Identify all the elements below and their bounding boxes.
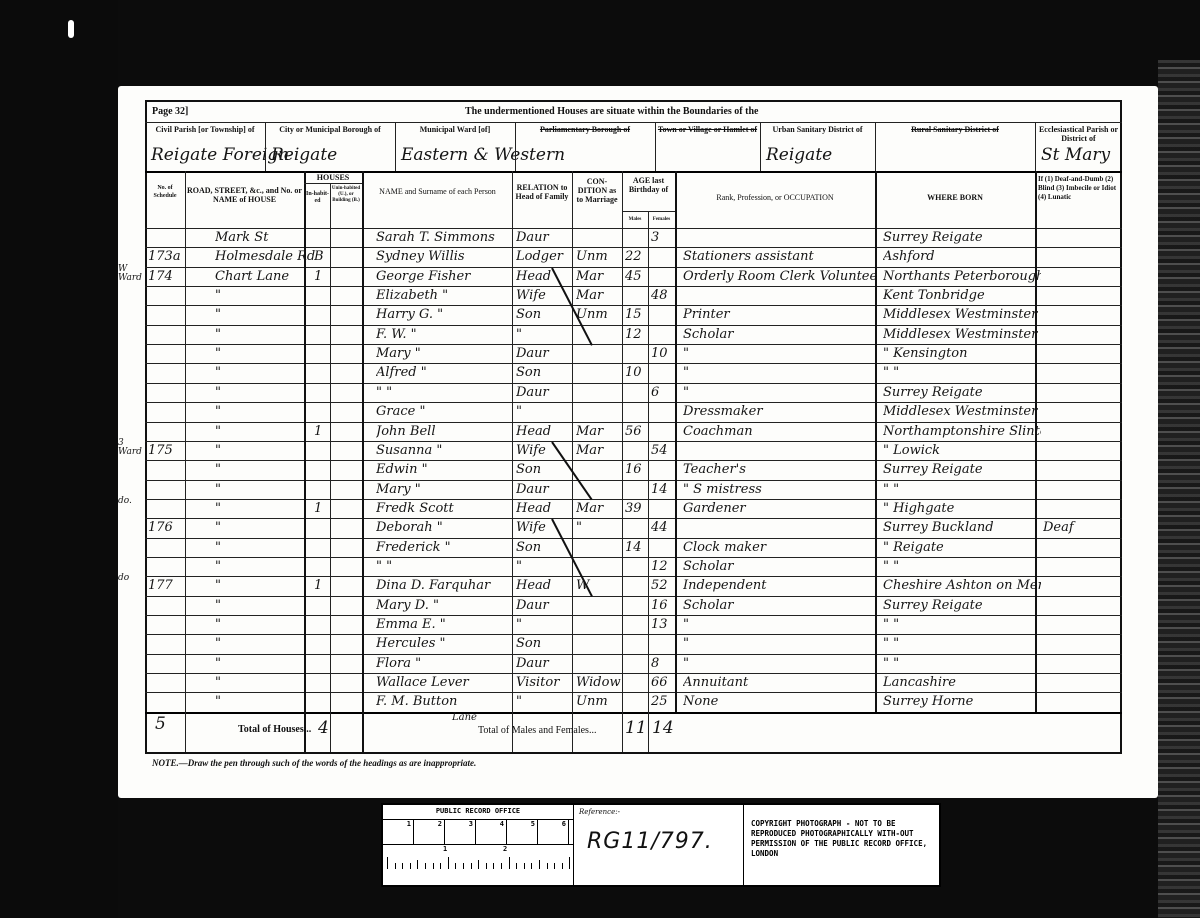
reference-number: RG11/797. (587, 829, 713, 854)
margin-note: do. (118, 497, 144, 506)
ruler-tick (531, 863, 532, 869)
houses-inhabited: 1 (314, 269, 334, 284)
road-address: " (215, 520, 330, 535)
road-address: " (215, 288, 330, 303)
column-header-inhabited: In-habit-ed (305, 191, 330, 205)
relation-to-head: " (516, 559, 574, 574)
reference-panel: Reference:- RG11/797. (573, 805, 744, 887)
birthplace: Middlesex Westminster (883, 307, 1041, 322)
houses-inhabited: B (314, 249, 334, 264)
person-name: Deborah " (376, 520, 524, 535)
road-address: " (215, 540, 330, 555)
ruler-inch-mark: 1 (443, 845, 447, 853)
occupation: " S mistress (683, 482, 878, 497)
schedule-number: 173a (148, 249, 186, 264)
occupation: Independent (683, 578, 878, 593)
road-address: " (215, 424, 330, 439)
birthplace: " " (883, 636, 1041, 651)
birthplace: " " (883, 482, 1041, 497)
birthplace: " Kensington (883, 346, 1041, 361)
row-divider (145, 615, 1122, 616)
ruler-tick (509, 857, 510, 869)
total-houses: 4 (318, 718, 329, 738)
relation-to-head: " (516, 617, 574, 632)
person-name: Harry G. " (376, 307, 524, 322)
person-name: Wallace Lever (376, 675, 524, 690)
schedule-number: 177 (148, 578, 186, 593)
road-address: " (215, 404, 330, 419)
occupation: Coachman (683, 424, 878, 439)
scan-artifact (68, 20, 74, 38)
road-address: " (215, 385, 330, 400)
column-header-males: Males (622, 216, 648, 223)
age-female: 13 (651, 617, 675, 632)
person-name: Flora " (376, 656, 524, 671)
page-banner: The undermentioned Houses are situate wi… (465, 106, 758, 117)
row-divider (145, 383, 1122, 384)
ruler-tick (562, 863, 563, 869)
marital-condition: Mar (576, 288, 624, 303)
person-name: Mary " (376, 346, 524, 361)
relation-to-head: Wife (516, 443, 574, 458)
ruler-tick (478, 860, 479, 869)
schedule-number: 176 (148, 520, 186, 535)
relation-to-head: Daur (516, 346, 574, 361)
divider (145, 171, 1122, 173)
relation-to-head: Daur (516, 482, 574, 497)
page-note: NOTE.—Draw the pen through such of the w… (152, 758, 476, 768)
ruler-cm-mark: 5 (507, 820, 538, 844)
ruler-tick (554, 863, 555, 869)
birthplace: Surrey Buckland (883, 520, 1041, 535)
occupation: Printer (683, 307, 878, 322)
margin-note: 3 Ward (118, 439, 144, 457)
person-name: Elizabeth " (376, 288, 524, 303)
ruler-cm-mark: 3 (445, 820, 476, 844)
age-female: 48 (651, 288, 675, 303)
marital-condition: Mar (576, 424, 624, 439)
ruler-tick (493, 863, 494, 869)
road-address: " (215, 501, 330, 516)
road-address: Mark St (215, 230, 330, 245)
ruler-tick (417, 860, 418, 869)
ruler-tick (569, 857, 570, 869)
road-address: " (215, 462, 330, 477)
ruler-tick (486, 863, 487, 869)
column-header-occupation: Rank, Profession, or OCCUPATION (675, 193, 875, 202)
row-divider (145, 499, 1122, 500)
person-name: Dina D. Farquhar (376, 578, 524, 593)
row-divider (145, 422, 1122, 423)
relation-to-head: Daur (516, 230, 574, 245)
column-header-age: AGE last Birthday of (623, 176, 674, 194)
relation-to-head: Son (516, 365, 574, 380)
ruler-tick (539, 860, 540, 869)
ruler-panel: PUBLIC RECORD OFFICE 123456 12 (383, 805, 574, 887)
age-female: 12 (651, 559, 675, 574)
road-address: " (215, 559, 330, 574)
occupation: Annuitant (683, 675, 878, 690)
person-name: Frederick " (376, 540, 524, 555)
ruler-tick (471, 863, 472, 869)
occupation: " (683, 385, 878, 400)
birthplace: " " (883, 559, 1041, 574)
birthplace: Cheshire Ashton on Mersey (883, 578, 1041, 593)
birthplace: Kent Tonbridge (883, 288, 1041, 303)
office-name: PUBLIC RECORD OFFICE (383, 807, 573, 815)
person-name: John Bell (376, 424, 524, 439)
occupation: " (683, 656, 878, 671)
totals-annotation: Lane (452, 712, 477, 723)
marital-condition: " (576, 520, 624, 535)
column-header-infirmity: If (1) Deaf-and-Dumb (2) Blind (3) Imbec… (1038, 175, 1122, 202)
margin-note: W Ward (118, 265, 144, 283)
column-header-where-born: WHERE BORN (875, 193, 1035, 202)
ruler-cm-mark: 4 (476, 820, 507, 844)
row-divider (145, 325, 1122, 326)
age-male: 16 (625, 462, 649, 477)
row-divider (145, 557, 1122, 558)
boundary-label: Rural Sanitary District of (877, 125, 1033, 134)
birthplace: Northants Peterborough (883, 269, 1041, 284)
ruler-cm-mark: 1 (383, 820, 414, 844)
relation-to-head: " (516, 404, 574, 419)
boundary-label: Town or Village or Hamlet of (657, 125, 758, 134)
boundary-value: Reigate Foreign (151, 145, 289, 165)
row-divider (145, 344, 1122, 345)
row-divider (145, 654, 1122, 655)
divider (145, 228, 1122, 229)
road-address: " (215, 307, 330, 322)
relation-to-head: Head (516, 501, 574, 516)
ruler-cm-mark: 6 (538, 820, 569, 844)
occupation: Stationers assistant (683, 249, 878, 264)
occupation: " (683, 617, 878, 632)
row-divider (145, 692, 1122, 693)
person-name: George Fisher (376, 269, 524, 284)
record-office-stamp: PUBLIC RECORD OFFICE 123456 12 Reference… (381, 803, 941, 887)
row-divider (145, 673, 1122, 674)
row-divider (145, 634, 1122, 635)
ruler-cm: 123456 (383, 820, 573, 845)
row-divider (145, 460, 1122, 461)
boundary-label: City or Municipal Borough of (267, 125, 393, 134)
boundary-value: Eastern & Western (401, 145, 565, 165)
road-address: " (215, 346, 330, 361)
page-number: Page 32] (152, 106, 188, 117)
person-name: Fredk Scott (376, 501, 524, 516)
birthplace: Surrey Reigate (883, 598, 1041, 613)
ruler-tick (402, 863, 403, 869)
boundary-label: Municipal Ward [of] (397, 125, 513, 134)
birthplace: Surrey Reigate (883, 230, 1041, 245)
ruler-tick (410, 863, 411, 869)
boundary-label: Urban Sanitary District of (762, 125, 873, 134)
ruler-cm-mark: 2 (414, 820, 445, 844)
person-name: " " (376, 559, 524, 574)
boundary-value: St Mary (1041, 145, 1110, 165)
divider (655, 122, 656, 171)
road-address: " (215, 636, 330, 651)
ruler-inch: 12 (383, 845, 573, 869)
age-male: 39 (625, 501, 649, 516)
copyright-notice: COPYRIGHT PHOTOGRAPH - NOT TO BE REPRODU… (751, 819, 931, 859)
person-name: " " (376, 385, 524, 400)
column-header-females: Females (648, 216, 675, 223)
relation-to-head: Son (516, 636, 574, 651)
occupation: Scholar (683, 598, 878, 613)
person-name: Alfred " (376, 365, 524, 380)
row-divider (145, 596, 1122, 597)
schedule-number: 174 (148, 269, 186, 284)
ruler-tick (524, 863, 525, 869)
divider (1035, 122, 1036, 171)
occupation: Teacher's (683, 462, 878, 477)
divider (515, 122, 516, 171)
divider (304, 183, 362, 184)
relation-to-head: " (516, 694, 574, 709)
person-name: Edwin " (376, 462, 524, 477)
age-male: 12 (625, 327, 649, 342)
boundary-label: Ecclesiastical Parish or District of (1037, 125, 1120, 143)
row-divider (145, 286, 1122, 287)
relation-to-head: Daur (516, 598, 574, 613)
marital-condition: Mar (576, 501, 624, 516)
marital-condition: Unm (576, 307, 624, 322)
person-name: Emma E. " (376, 617, 524, 632)
road-address: " (215, 694, 330, 709)
person-name: Mary " (376, 482, 524, 497)
houses-inhabited: 1 (314, 424, 334, 439)
row-divider (145, 402, 1122, 403)
occupation: " (683, 636, 878, 651)
person-name: F. M. Button (376, 694, 524, 709)
occupation: " (683, 346, 878, 361)
person-name: Mary D. " (376, 598, 524, 613)
birthplace: Surrey Reigate (883, 385, 1041, 400)
road-address: " (215, 327, 330, 342)
age-female: 3 (651, 230, 675, 245)
age-female: 44 (651, 520, 675, 535)
scan-border-right (1158, 60, 1200, 918)
relation-to-head: Son (516, 307, 574, 322)
row-divider (145, 538, 1122, 539)
relation-to-head: Head (516, 269, 574, 284)
age-female: 52 (651, 578, 675, 593)
marital-condition: Mar (576, 269, 624, 284)
scan-border-left (0, 0, 118, 918)
row-divider (145, 267, 1122, 268)
age-female: 54 (651, 443, 675, 458)
ruler-tick (425, 863, 426, 869)
relation-to-head: Head (516, 578, 574, 593)
road-address: " (215, 598, 330, 613)
birthplace: Northamptonshire Slinton (883, 424, 1041, 439)
road-address: " (215, 675, 330, 690)
birthplace: Middlesex Westminster (883, 404, 1041, 419)
schedule-number: 175 (148, 443, 186, 458)
divider (622, 211, 675, 212)
row-divider (145, 576, 1122, 577)
row-divider (145, 712, 1122, 714)
birthplace: " Lowick (883, 443, 1041, 458)
person-name: Sarah T. Simmons (376, 230, 524, 245)
age-female: 25 (651, 694, 675, 709)
ruler-tick (433, 863, 434, 869)
occupation: Gardener (683, 501, 878, 516)
birthplace: Ashford (883, 249, 1041, 264)
birthplace: " Highgate (883, 501, 1041, 516)
age-male: 45 (625, 269, 649, 284)
houses-inhabited: 1 (314, 501, 334, 516)
relation-to-head: Daur (516, 385, 574, 400)
row-divider (145, 247, 1122, 248)
occupation: Clock maker (683, 540, 878, 555)
relation-to-head: Lodger (516, 249, 574, 264)
divider (265, 122, 266, 171)
column-header-relation: RELATION to Head of Family (514, 183, 570, 201)
houses-inhabited: 1 (314, 578, 334, 593)
age-female: 8 (651, 656, 675, 671)
marital-condition: Mar (576, 443, 624, 458)
ruler-tick (463, 863, 464, 869)
ruler-inch-mark: 2 (503, 845, 507, 853)
occupation: " (683, 365, 878, 380)
boundary-label: Parliamentary Borough of (517, 125, 653, 134)
birthplace: Surrey Reigate (883, 462, 1041, 477)
ruler-tick (440, 863, 441, 869)
road-address: Chart Lane (215, 269, 330, 284)
occupation: Orderly Room Clerk Volunteers (683, 269, 878, 284)
age-female: 66 (651, 675, 675, 690)
ruler-tick (501, 863, 502, 869)
age-female: 16 (651, 598, 675, 613)
boundary-value: Reigate (766, 145, 832, 165)
birthplace: Lancashire (883, 675, 1041, 690)
person-name: Grace " (376, 404, 524, 419)
occupation: None (683, 694, 878, 709)
age-male: 10 (625, 365, 649, 380)
row-divider (145, 518, 1122, 519)
person-name: Sydney Willis (376, 249, 524, 264)
age-female: 14 (651, 482, 675, 497)
infirmity: Deaf (1043, 520, 1123, 535)
boundary-value: Reigate (271, 145, 337, 165)
road-address: Holmesdale Rd (215, 249, 330, 264)
occupation: Dressmaker (683, 404, 878, 419)
divider (760, 122, 761, 171)
total-schedules: 5 (155, 714, 166, 734)
road-address: " (215, 578, 330, 593)
column-header-schedule: No. of Schedule (147, 184, 183, 200)
age-male: 22 (625, 249, 649, 264)
age-male: 56 (625, 424, 649, 439)
age-male: 15 (625, 307, 649, 322)
column-header-condition: CON-DITION as to Marriage (574, 177, 620, 204)
relation-to-head: Wife (516, 520, 574, 535)
column-header-road: ROAD, STREET, &c., and No. or NAME of HO… (187, 186, 302, 204)
row-divider (145, 305, 1122, 306)
person-name: Hercules " (376, 636, 524, 651)
column-header-name: NAME and Surname of each Person (370, 187, 505, 196)
age-female: 6 (651, 385, 675, 400)
boundary-label: Civil Parish [or Township] of (147, 125, 263, 134)
divider (875, 122, 876, 171)
row-divider (145, 363, 1122, 364)
marital-condition: Unm (576, 694, 624, 709)
divider (395, 122, 396, 171)
margin-note: do (118, 574, 144, 583)
relation-to-head: Head (516, 424, 574, 439)
birthplace: " " (883, 656, 1041, 671)
birthplace: " Reigate (883, 540, 1041, 555)
divider (145, 122, 1122, 123)
marital-condition: Widow (576, 675, 624, 690)
road-address: " (215, 443, 330, 458)
relation-to-head: " (516, 327, 574, 342)
birthplace: Middlesex Westminster (883, 327, 1041, 342)
ruler-tick (516, 863, 517, 869)
total-houses-label: Total of Houses... (238, 724, 311, 735)
road-address: " (215, 617, 330, 632)
birthplace: " " (883, 365, 1041, 380)
relation-to-head: Visitor (516, 675, 574, 690)
ruler-tick (387, 857, 388, 869)
age-male: 14 (625, 540, 649, 555)
ruler-tick (455, 863, 456, 869)
marital-condition: Unm (576, 249, 624, 264)
person-name: F. W. " (376, 327, 524, 342)
birthplace: " " (883, 617, 1041, 632)
total-males: 11 (625, 718, 647, 738)
occupation: Scholar (683, 559, 878, 574)
age-female: 10 (651, 346, 675, 361)
ruler-tick (395, 863, 396, 869)
reference-label: Reference:- (579, 808, 620, 816)
column-header-houses: HOUSES (304, 173, 362, 182)
row-divider (145, 480, 1122, 481)
road-address: " (215, 656, 330, 671)
ruler-tick (448, 857, 449, 869)
birthplace: Surrey Horne (883, 694, 1041, 709)
occupation: Scholar (683, 327, 878, 342)
ruler-tick (547, 863, 548, 869)
total-persons-label: Total of Males and Females... (478, 725, 596, 736)
relation-to-head: Daur (516, 656, 574, 671)
row-divider (145, 441, 1122, 442)
person-name: Susanna " (376, 443, 524, 458)
total-females: 14 (652, 718, 674, 738)
column-header-uninhabited: Unin-habited (U.), or Building (B.) (331, 186, 361, 204)
road-address: " (215, 482, 330, 497)
road-address: " (215, 365, 330, 380)
